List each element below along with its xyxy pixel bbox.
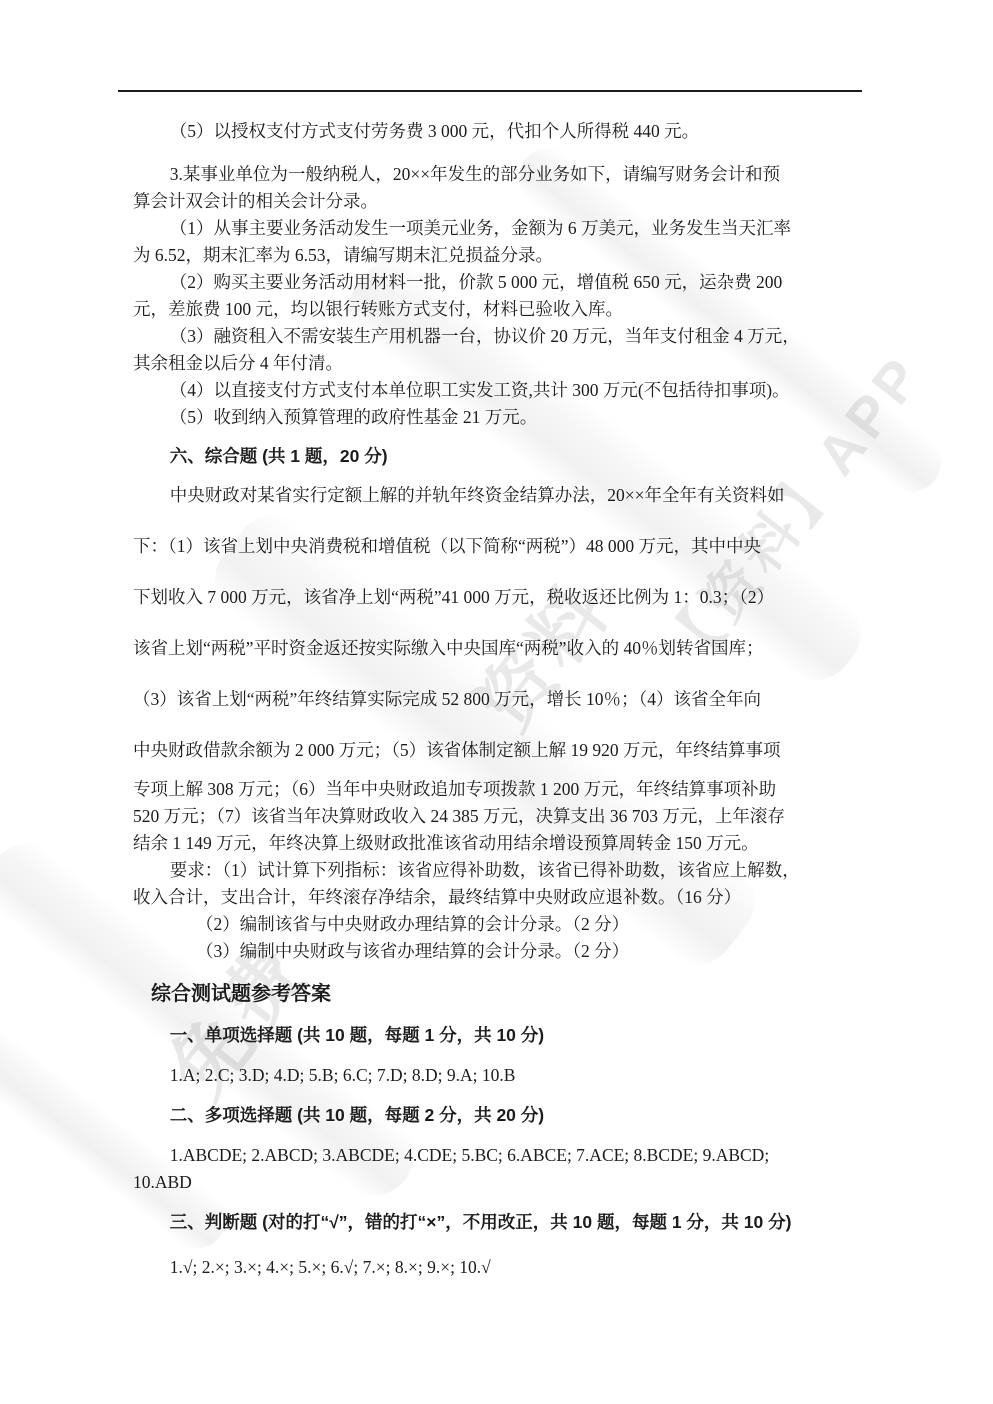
- header-rule: [118, 90, 862, 92]
- page-content: （5）以授权支付方式支付劳务费 3 000 元，代扣个人所得税 440 元。 3…: [133, 0, 873, 1281]
- answers-line-true-false: 1.√; 2.×; 3.×; 4.×; 5.×; 6.√; 7.×; 8.×; …: [133, 1254, 873, 1281]
- text-line: 其余租金以后分 4 年付清。: [133, 350, 873, 377]
- answers-heading-multi-choice: 二、多项选择题 (共 10 题，每题 2 分，共 20 分): [133, 1102, 873, 1129]
- text-line: 下：（1）该省上划中央消费税和增值税（以下简称“两税”）48 000 万元，其中…: [133, 521, 873, 572]
- answers-heading-single-choice: 一、单项选择题 (共 10 题，每题 1 分，共 10 分): [133, 1022, 873, 1049]
- document-page: （5）以授权支付方式支付劳务费 3 000 元，代扣个人所得税 440 元。 3…: [0, 0, 993, 1404]
- text-line: 结余 1 149 万元，年终决算上级财政批准该省动用结余增设预算周转金 150 …: [133, 830, 873, 857]
- answers-line-multi-choice: 1.ABCDE; 2.ABCD; 3.ABCDE; 4.CDE; 5.BC; 6…: [133, 1142, 873, 1169]
- answers-line-multi-choice-cont: 10.ABD: [133, 1169, 873, 1196]
- text-line: （3）该省上划“两税”年终结算实际完成 52 800 万元，增长 10％；（4）…: [133, 674, 873, 725]
- text-line: 3.某事业单位为一般纳税人，20××年发生的部分业务如下，请编写财务会计和预: [133, 161, 873, 188]
- text-line: 为 6.52，期末汇率为 6.53，请编写期末汇兑损益分录。: [133, 242, 873, 269]
- answers-title: 综合测试题参考答案: [133, 979, 873, 1009]
- answers-heading-true-false: 三、判断题 (对的打“√”，错的打“×”，不用改正，共 10 题，每题 1 分，…: [133, 1209, 873, 1236]
- section-heading-comprehensive: 六、综合题 (共 1 题，20 分): [133, 443, 873, 470]
- text-line: （3）融资租入不需安装生产用机器一台，协议价 20 万元，当年支付租金 4 万元…: [133, 323, 873, 350]
- text-line: 该省上划“两税”平时资金返还按实际缴入中央国库“两税”收入的 40％划转省国库；: [133, 623, 873, 674]
- text-line: （2）购买主要业务活动用材料一批，价款 5 000 元，增值税 650 元，运杂…: [133, 269, 873, 296]
- text-line: 520 万元；（7）该省当年决算财政收入 24 385 万元，决算支出 36 7…: [133, 803, 873, 830]
- text-line: （2）编制该省与中央财政办理结算的会计分录。（2 分）: [133, 911, 873, 938]
- text-line: 专项上解 308 万元；（6）当年中央财政追加专项拨款 1 200 万元，年终结…: [133, 776, 873, 803]
- text-line: 下划收入 7 000 万元，该省净上划“两税”41 000 万元，税收返还比例为…: [133, 572, 873, 623]
- text-line: （3）编制中央财政与该省办理结算的会计分录。（2 分）: [133, 938, 873, 965]
- text-line: 元，差旅费 100 元，均以银行转账方式支付，材料已验收入库。: [133, 296, 873, 323]
- text-line: 收入合计，支出合计，年终滚存净结余，最终结算中央财政应退补数。（16 分）: [133, 884, 873, 911]
- text-line: （4）以直接支付方式支付本单位职工实发工资,共计 300 万元(不包括待扣事项)…: [133, 377, 873, 404]
- text-line: 要求：（1）试计算下列指标：该省应得补助数，该省已得补助数，该省应上解数，: [133, 857, 873, 884]
- text-line: 中央财政对某省实行定额上解的并轨年终资金结算办法，20××年全年有关资料如: [133, 470, 873, 521]
- text-line: （1）从事主要业务活动发生一项美元业务，金额为 6 万美元，业务发生当天汇率: [133, 215, 873, 242]
- text-line: （5）收到纳入预算管理的政府性基金 21 万元。: [133, 404, 873, 431]
- text-line: 算会计双会计的相关会计分录。: [133, 188, 873, 215]
- text-line: 中央财政借款余额为 2 000 万元；（5）该省体制定额上解 19 920 万元…: [133, 725, 873, 776]
- text-line: （5）以授权支付方式支付劳务费 3 000 元，代扣个人所得税 440 元。: [133, 118, 873, 145]
- answers-line-single-choice: 1.A; 2.C; 3.D; 4.D; 5.B; 6.C; 7.D; 8.D; …: [133, 1062, 873, 1089]
